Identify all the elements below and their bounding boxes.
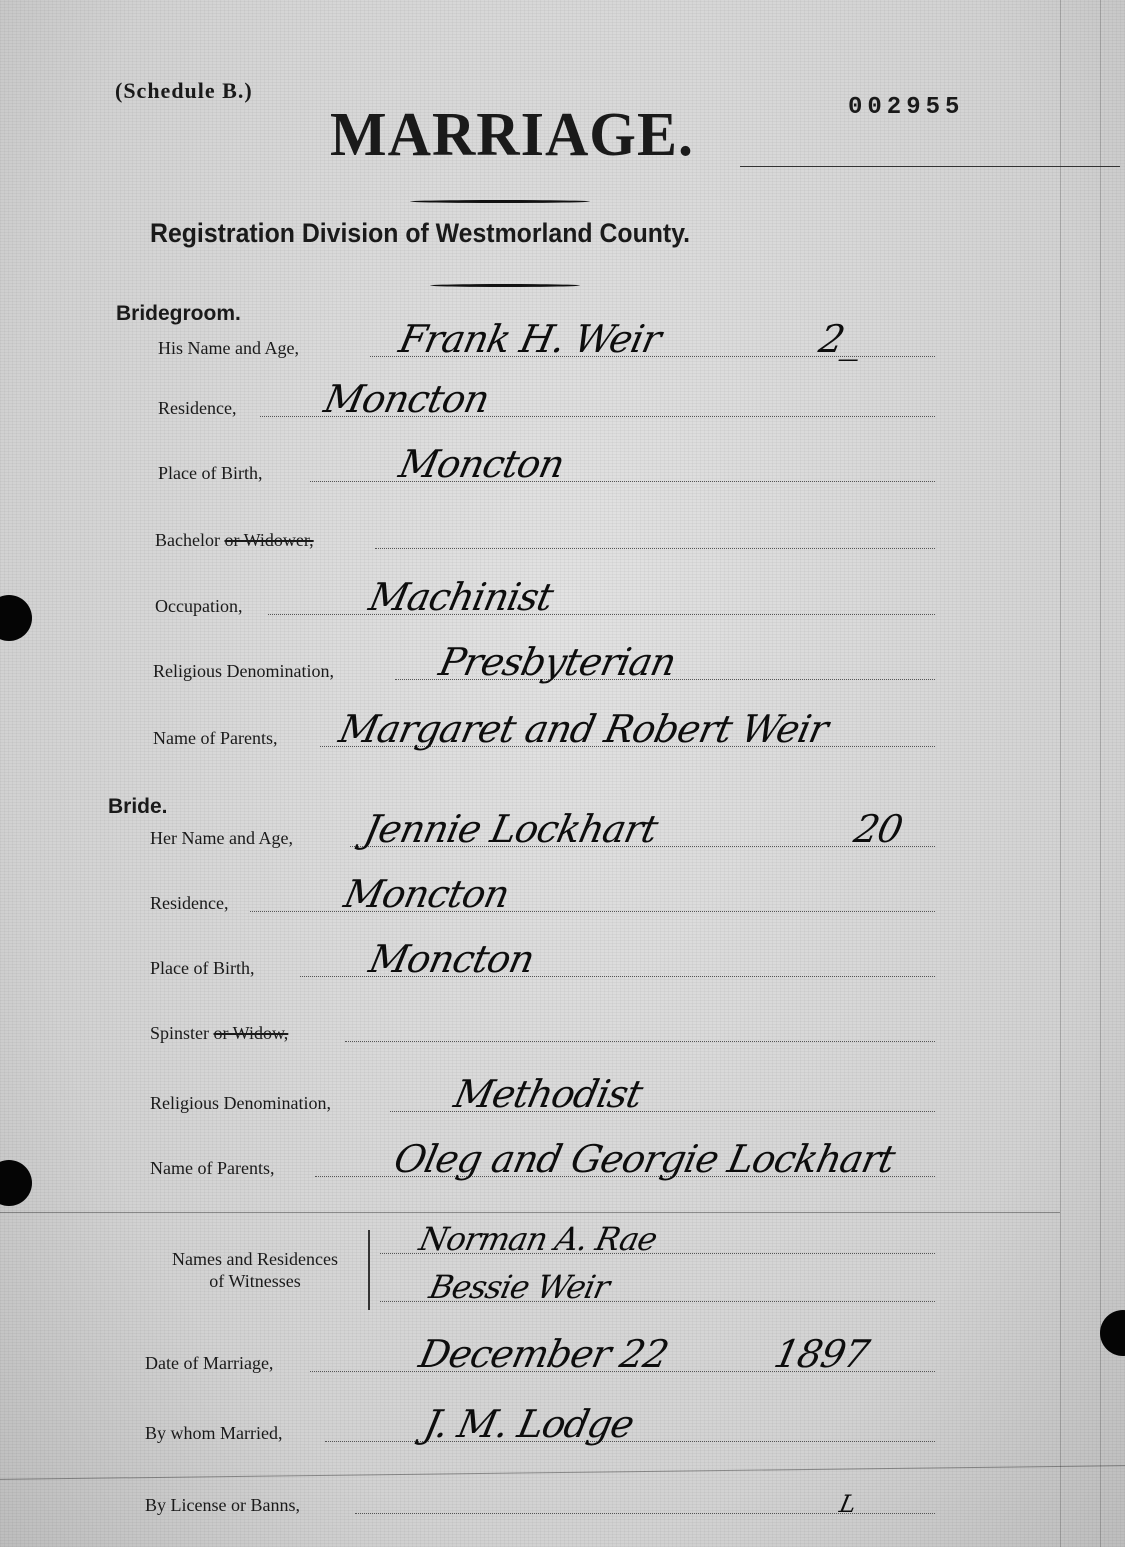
license-row: By License or Banns, L	[0, 1482, 1030, 1522]
marriage-year: 1897	[770, 1332, 872, 1376]
ornament-divider	[410, 200, 590, 203]
bride-birthplace: Moncton	[365, 937, 538, 981]
bride-residence-row: Residence, Moncton	[0, 880, 1030, 920]
field-label: By License or Banns,	[145, 1495, 300, 1516]
ruled-margin-line	[1100, 0, 1101, 1547]
witness-name: Bessie Weir	[426, 1268, 612, 1306]
schedule-label: (Schedule B.)	[115, 78, 253, 104]
field-label: Religious Denomination,	[153, 661, 334, 682]
field-label: Place of Birth,	[158, 463, 262, 484]
witness-name: Norman A. Rae	[416, 1220, 660, 1258]
bride-name-age-row: Her Name and Age, Jennie Lockhart 20	[0, 815, 1030, 855]
section-divider	[0, 1465, 1125, 1480]
fill-line	[325, 1441, 935, 1442]
punch-hole	[1100, 1310, 1125, 1356]
witness-row: Bessie Weir	[0, 1270, 1030, 1310]
field-label: Occupation,	[155, 596, 242, 617]
bride-religion-row: Religious Denomination, Methodist	[0, 1080, 1030, 1120]
bride-religion: Methodist	[450, 1072, 646, 1116]
bride-birthplace-row: Place of Birth, Moncton	[0, 945, 1030, 985]
ruled-margin-line	[1060, 0, 1061, 1547]
groom-residence-row: Residence, Moncton	[0, 385, 1030, 425]
groom-parents: Margaret and Robert Weir	[335, 707, 831, 751]
field-label: Place of Birth,	[150, 958, 254, 979]
bride-residence: Moncton	[340, 872, 513, 916]
field-label: Name of Parents,	[150, 1158, 274, 1179]
bride-parents-row: Name of Parents, Oleg and Georgie Lockha…	[0, 1145, 1030, 1185]
groom-age: 2_	[815, 317, 866, 361]
field-label: His Name and Age,	[158, 338, 299, 359]
field-label: Religious Denomination,	[150, 1093, 331, 1114]
groom-occupation-row: Occupation, Machinist	[0, 583, 1030, 623]
document-page: (Schedule B.) 002955 MARRIAGE. Registrat…	[0, 0, 1125, 1547]
marriage-date: December 22	[415, 1332, 672, 1376]
officiant-signature: J. M. Lodge	[420, 1402, 637, 1446]
field-label: Her Name and Age,	[150, 828, 293, 849]
registration-division: Registration Division of Westmorland Cou…	[150, 218, 690, 249]
groom-birthplace: Moncton	[395, 442, 568, 486]
groom-parents-row: Name of Parents, Margaret and Robert Wei…	[0, 715, 1030, 755]
document-title: MARRIAGE.	[330, 98, 694, 170]
groom-name: Frank H. Weir	[395, 317, 664, 361]
fill-line	[375, 548, 935, 549]
groom-occupation: Machinist	[365, 575, 556, 619]
title-underline	[740, 166, 1120, 167]
groom-birthplace-row: Place of Birth, Moncton	[0, 450, 1030, 490]
field-label: Spinster or Widow,	[150, 1023, 288, 1044]
bride-parents: Oleg and Georgie Lockhart	[390, 1137, 898, 1181]
groom-religion: Presbyterian	[435, 640, 679, 684]
groom-religion-row: Religious Denomination, Presbyterian	[0, 648, 1030, 688]
bridegroom-heading: Bridegroom.	[116, 302, 241, 326]
field-label: Name of Parents,	[153, 728, 277, 749]
field-label: Bachelor or Widower,	[155, 530, 314, 551]
groom-name-age-row: His Name and Age, Frank H. Weir 2_	[0, 325, 1030, 365]
groom-residence: Moncton	[320, 377, 493, 421]
field-label: Date of Marriage,	[145, 1353, 273, 1374]
officiant-row: By whom Married, J. M. Lodge	[0, 1410, 1030, 1450]
ornament-divider	[430, 284, 580, 287]
fill-line	[345, 1041, 935, 1042]
marriage-date-row: Date of Marriage, December 22 1897	[0, 1340, 1030, 1380]
field-label: By whom Married,	[145, 1423, 282, 1444]
section-divider	[0, 1212, 1060, 1213]
bride-age: 20	[850, 807, 906, 851]
groom-marital-status-row: Bachelor or Widower,	[0, 517, 1030, 557]
bride-marital-status-row: Spinster or Widow,	[0, 1010, 1030, 1050]
witness-row: Norman A. Rae	[0, 1222, 1030, 1262]
field-label: Residence,	[150, 893, 228, 914]
field-label: Residence,	[158, 398, 236, 419]
serial-number: 002955	[848, 94, 964, 121]
bride-name: Jennie Lockhart	[360, 807, 661, 851]
